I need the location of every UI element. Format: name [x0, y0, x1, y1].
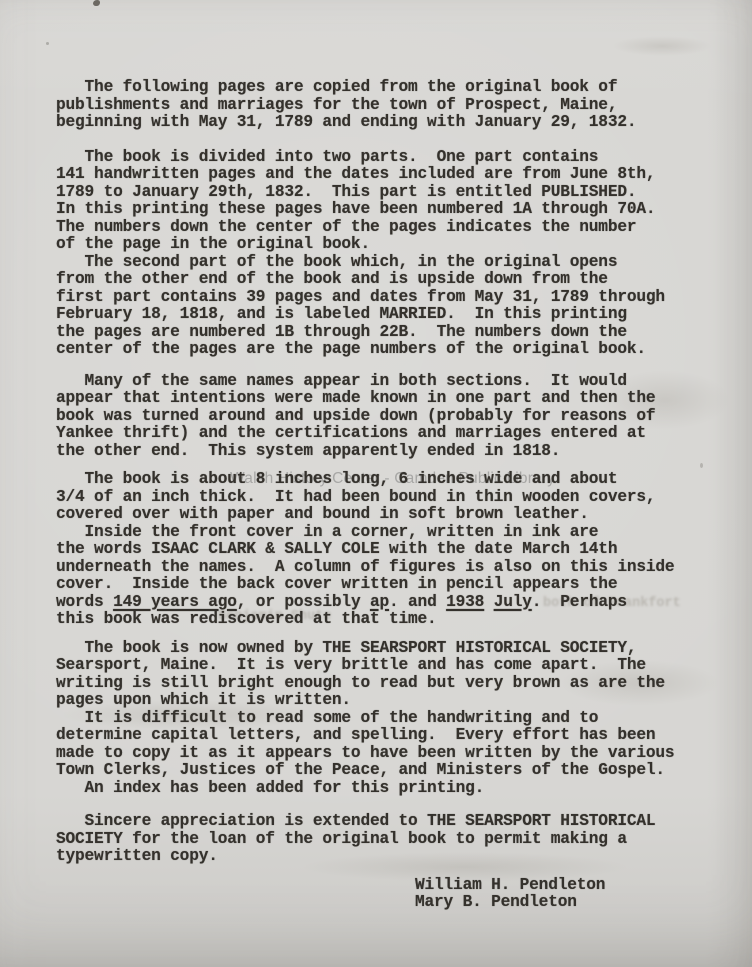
paragraph-part-two: The second part of the book which, in th… — [56, 254, 722, 359]
text-line: February 18, 1818, and is labeled MARRIE… — [56, 306, 722, 324]
signature-block: William H. Pendleton Mary B. Pendleton — [415, 877, 722, 912]
text-segment: words — [56, 593, 113, 611]
paragraph-ownership: The book is now owned by THE SEARSPORT H… — [56, 640, 722, 710]
text-line: typewritten copy. — [56, 848, 722, 866]
text-line: cover. Inside the back cover written in … — [56, 576, 722, 594]
underlined-text: 1938 — [446, 593, 484, 611]
underlined-text: 149 years ago — [113, 593, 237, 611]
paragraph-part-one: The book is divided into two parts. One … — [56, 149, 722, 254]
paper-speck — [46, 42, 49, 45]
text-line: The numbers down the center of the pages… — [56, 219, 722, 237]
text-line: 3/4 of an inch thick. It had been bound … — [56, 489, 722, 507]
text-line: appear that intentions were made known i… — [56, 390, 722, 408]
underlined-text: July — [494, 593, 532, 611]
text-line: publishments and marriages for the town … — [56, 97, 722, 115]
paragraph-intro: The following pages are copied from the … — [56, 79, 722, 132]
text-line: first part contains 39 pages and dates f… — [56, 289, 722, 307]
text-line: pages upon which it is written. — [56, 692, 722, 710]
text-line: underneath the names. A column of figure… — [56, 559, 722, 577]
text-line: SOCIETY for the loan of the original boo… — [56, 831, 722, 849]
underlined-text: ap — [370, 593, 389, 611]
text-line: book was turned around and upside down (… — [56, 408, 722, 426]
paragraph-same-names: Many of the same names appear in both se… — [56, 373, 722, 461]
text-line: beginning with May 31, 1789 and ending w… — [56, 114, 722, 132]
text-line: Many of the same names appear in both se… — [56, 373, 722, 391]
text-line: the pages are numbered 1B through 22B. T… — [56, 324, 722, 342]
text-line: Sincere appreciation is extended to THE … — [56, 813, 722, 831]
text-line: the words ISAAC CLARK & SALLY COLE with … — [56, 541, 722, 559]
text-line: In this printing these pages have been n… — [56, 201, 722, 219]
text-segment: . and — [389, 593, 446, 611]
paper-speck — [93, 0, 100, 6]
text-line: Yankee thrift) and the certifications an… — [56, 425, 722, 443]
bleed-through-smudge — [612, 36, 712, 56]
text-line: from the other end of the book and is up… — [56, 271, 722, 289]
text-line: determine capital letters, and spelling.… — [56, 727, 722, 745]
text-line: The book is divided into two parts. One … — [56, 149, 722, 167]
text-line: The second part of the book which, in th… — [56, 254, 722, 272]
text-line: center of the pages are the page numbers… — [56, 341, 722, 359]
text-line: 1789 to January 29th, 1832. This part is… — [56, 184, 722, 202]
text-line: made to copy it as it appears to have be… — [56, 745, 722, 763]
scanned-page: both of Frankfort Benjamin Shute Walsh H… — [0, 0, 752, 967]
text-line: The following pages are copied from the … — [56, 79, 722, 97]
text-line: The book is about 8 inches long, 6 inche… — [56, 471, 722, 489]
text-line: Town Clerks, Justices of the Peace, and … — [56, 762, 722, 780]
text-line: the other end. This system apparently en… — [56, 443, 722, 461]
text-segment — [484, 593, 494, 611]
text-line: The book is now owned by THE SEARSPORT H… — [56, 640, 722, 658]
paragraph-index: An index has been added for this printin… — [56, 780, 722, 798]
text-line: writing is still bright enough to read b… — [56, 675, 722, 693]
paragraph-book-size: The book is about 8 inches long, 6 inche… — [56, 471, 722, 524]
text-line: Inside the front cover in a corner, writ… — [56, 524, 722, 542]
text-line: It is difficult to read some of the hand… — [56, 710, 722, 728]
text-line: of the page in the original book. — [56, 236, 722, 254]
paragraph-appreciation: Sincere appreciation is extended to THE … — [56, 813, 722, 866]
text-line: Searsport, Maine. It is very brittle and… — [56, 657, 722, 675]
text-line: 141 handwritten pages and the dates incl… — [56, 166, 722, 184]
signature-name: Mary B. Pendleton — [415, 894, 722, 912]
text-line: covered over with paper and bound in sof… — [56, 506, 722, 524]
text-segment: , or possibly — [237, 593, 370, 611]
text-line: An index has been added for this printin… — [56, 780, 722, 798]
typewritten-text: The following pages are copied from the … — [56, 79, 722, 912]
text-segment: . Perhaps — [532, 593, 627, 611]
paragraph-handwriting: It is difficult to read some of the hand… — [56, 710, 722, 780]
signature-name: William H. Pendleton — [415, 877, 722, 895]
text-line: this book was rediscovered at that time. — [56, 611, 722, 629]
paragraph-covers: Inside the front cover in a corner, writ… — [56, 524, 722, 629]
text-line: words 149 years ago, or possibly ap. and… — [56, 594, 722, 612]
